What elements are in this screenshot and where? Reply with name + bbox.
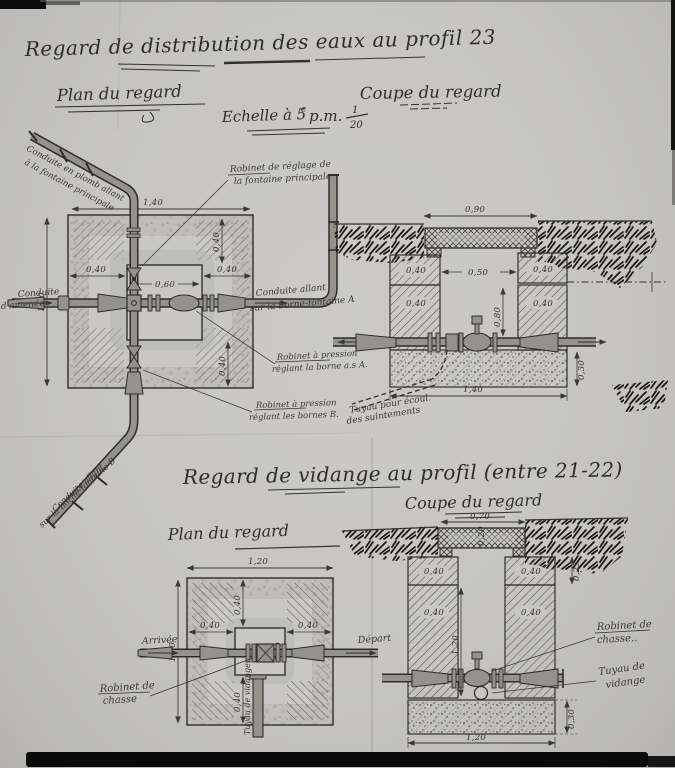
dimension-label: 1,20 [466, 733, 486, 743]
dimension-label: 0,40 [298, 621, 318, 631]
label-robinet-b: Robinet à pression [255, 397, 337, 411]
dimension-label: 0,40 [521, 567, 541, 577]
dimension-label: 1,20 [248, 557, 268, 567]
dimension-label: 0,70 [470, 512, 490, 522]
scanned-drawing-sheet: Regard de distribution des eaux au profi… [0, 0, 675, 768]
label-robinet-chasse-coupe: chasse.. [597, 633, 638, 646]
section1-titles: Regard de distribution des eaux au profi… [24, 25, 502, 135]
scale-sup: c [301, 105, 306, 115]
label-tuyau-vidange-coupe: vidange [605, 675, 646, 691]
dimension-label: 1,20 [451, 635, 461, 655]
section2-coupe-figure: 0,20 [342, 512, 652, 748]
label-tuyau-vidange-plan: Tuyau de vidange [243, 663, 252, 735]
section1-title: Regard de distribution des eaux au profi… [24, 25, 497, 61]
dimension-label: 0,40 [424, 608, 444, 618]
dimension-label: 0,40 [212, 232, 222, 252]
drawing-canvas: Regard de distribution des eaux au profi… [0, 0, 675, 768]
scale-frac-num: 1 [352, 105, 358, 116]
dimension-label: 0,80 [493, 307, 503, 327]
dimension-label: 0,30 [577, 360, 587, 380]
section1-coupe-label: Coupe du regard [360, 82, 502, 103]
dimension-label: 0,60 [155, 280, 175, 290]
dimension-label: 0,40 [424, 567, 444, 577]
dimension-label: 0,40 [406, 266, 426, 276]
label-arrivee: Arrivée [141, 634, 178, 647]
scale-note: Echelle à 5 c p.m. 1 20 [221, 105, 368, 135]
dimension-label: 0,40 [533, 265, 553, 275]
label-conduite-amenee: Conduite [18, 287, 60, 300]
label-conduite-b: sur la borne-fontaine B [37, 456, 118, 530]
section2-plan-figure: 1,20 1,20 0,40 0,40 0,40 0,40 0,40 [98, 557, 392, 737]
label-depart: Départ [356, 633, 391, 646]
dimension-label: 0,40 [233, 692, 243, 712]
dimension-label: 0,40 [200, 621, 220, 631]
label-robinet-chasse-coupe: Robinet de [596, 619, 653, 633]
dimension-label: 0,40 [233, 595, 243, 615]
dimension-label: 0,25 [572, 561, 582, 581]
section2-plan-label: Plan du regard [166, 521, 289, 544]
dimension-label: 1,40 [143, 198, 163, 208]
dimension-label: 0,30 [567, 709, 577, 729]
dimension-label: 0,90 [465, 205, 485, 215]
dimension-label: 0,40 [217, 265, 237, 275]
dimension-label: 0,40 [533, 299, 553, 309]
dimension-label: 0,40 [406, 299, 426, 309]
section1-plan-label: Plan du regard [55, 82, 182, 105]
dimension-label: 0,40 [86, 265, 106, 275]
scale-text-pm: p.m. [309, 107, 342, 125]
dimension-label: 0,50 [468, 268, 488, 278]
scale-frac-den: 20 [349, 120, 363, 131]
section2-title: Regard de vidange au profil (entre 21-22… [182, 457, 623, 489]
label-robinet-chasse-plan: chasse [102, 694, 137, 707]
scale-text: Echelle à 5 [221, 105, 307, 126]
dimension-label: 0,40 [218, 356, 228, 376]
dimension-label: 0,40 [521, 608, 541, 618]
section2-coupe-label: Coupe du regard [405, 490, 543, 513]
label-robinet-b: réglant les bornes B. [249, 409, 339, 423]
section1-coupe-figure: 0,90 0,40 0,50 0,40 0,40 0,40 0,80 1,40 … [333, 205, 668, 427]
dimension-label: 1,40 [463, 385, 483, 395]
dimension-label: 0,20 [477, 526, 487, 546]
label-conduite-a: Conduite allant [255, 283, 326, 299]
